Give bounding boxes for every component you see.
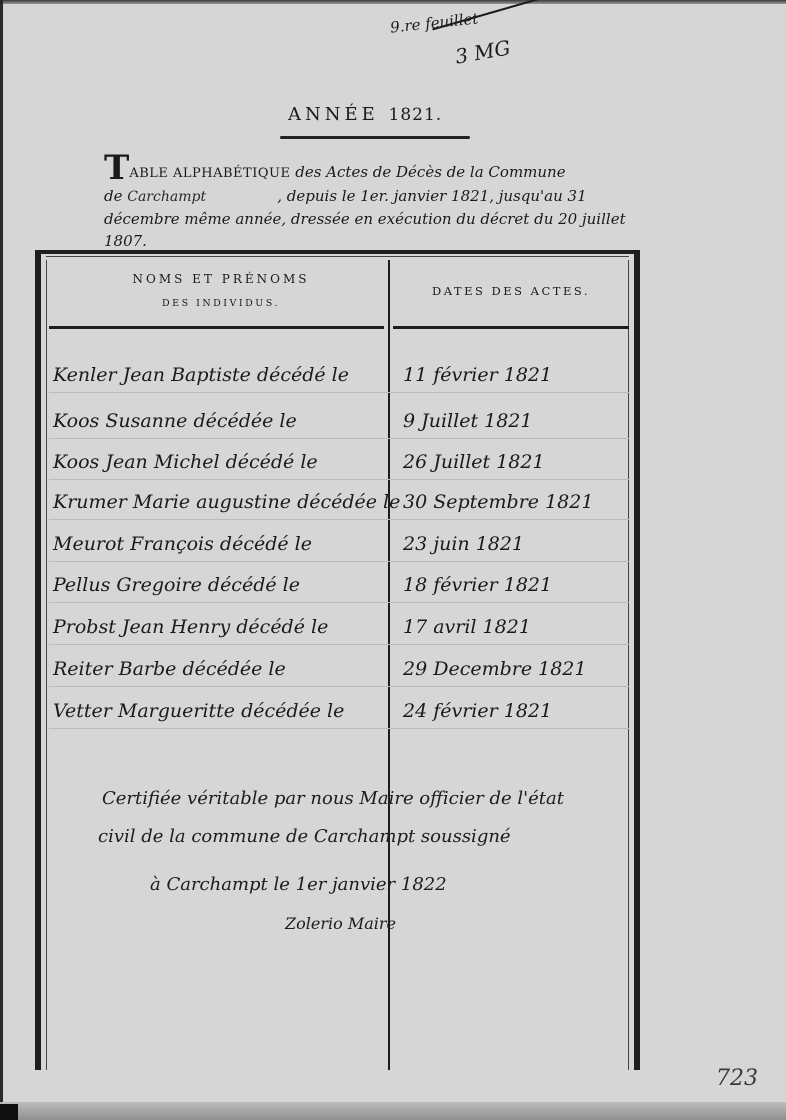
table-row: Meurot François décédé le 23 juin 1821 xyxy=(41,533,646,573)
act-date: 30 Septembre 1821 xyxy=(403,491,593,513)
drop-cap: T xyxy=(104,148,129,188)
person-name: Kenler Jean Baptiste décédé le xyxy=(53,364,349,386)
table-row: Vetter Margueritte décédée le 24 février… xyxy=(41,700,646,740)
table-row: Probst Jean Henry décédé le 17 avril 182… xyxy=(41,616,646,656)
person-name: Vetter Margueritte décédée le xyxy=(53,700,344,722)
death-records-table: NOMS ET PRÉNOMS DES INDIVIDUS. DATES DES… xyxy=(35,250,640,1070)
column-header-dates: DATES DES ACTES. xyxy=(393,284,629,298)
table-row: Krumer Marie augustine décédée le 30 Sep… xyxy=(41,491,646,531)
table-row: Kenler Jean Baptiste décédé le 11 févrie… xyxy=(41,364,646,404)
column-header-names-sub: DES INDIVIDUS. xyxy=(71,298,371,309)
person-name: Reiter Barbe décédée le xyxy=(53,658,286,680)
person-name: Probst Jean Henry décédé le xyxy=(53,616,328,638)
intro-line1: des Actes de Décès de la Commune xyxy=(290,163,565,181)
page-corner-shadow xyxy=(0,1104,18,1120)
certification-place-date: à Carchampt le 1er janvier 1822 xyxy=(150,874,447,895)
header-rule-right xyxy=(393,326,629,329)
person-name: Krumer Marie augustine décédée le xyxy=(53,491,400,513)
title-caps: ABLE ALPHABÉTIQUE xyxy=(129,166,290,181)
intro-line2-prefix: de xyxy=(104,187,127,205)
year-value: 1821. xyxy=(389,105,443,125)
table-row: Pellus Gregoire décédé le 18 février 182… xyxy=(41,574,646,614)
act-date: 24 février 1821 xyxy=(403,700,552,722)
act-date: 23 juin 1821 xyxy=(403,533,524,555)
person-name: Pellus Gregoire décédé le xyxy=(53,574,300,596)
intro-line3: décembre même année, dressée en exécutio… xyxy=(104,210,626,250)
page-left-edge xyxy=(0,0,3,1120)
mayor-signature: Zolerio Maire xyxy=(285,914,396,933)
person-name: Koos Susanne décédée le xyxy=(53,410,297,432)
intro-line2: , depuis le 1er. janvier 1821, jusqu'au … xyxy=(277,187,586,205)
table-row: Reiter Barbe décédée le 29 Decembre 1821 xyxy=(41,658,646,698)
header-rule-left xyxy=(49,326,384,329)
frame-inner-top xyxy=(46,256,629,257)
table-row: Koos Susanne décédée le 9 Juillet 1821 xyxy=(41,410,646,450)
person-name: Meurot François décédé le xyxy=(53,533,312,555)
heading-rule xyxy=(280,136,470,139)
folio-number: 723 xyxy=(716,1066,758,1091)
year-label: ANNÉE xyxy=(288,104,379,125)
certification-line-1: Certifiée véritable par nous Maire offic… xyxy=(102,788,564,809)
act-date: 29 Decembre 1821 xyxy=(403,658,586,680)
commune-name: Carchampt xyxy=(127,186,277,208)
table-intro-text: TABLE ALPHABÉTIQUE des Actes de Décès de… xyxy=(104,158,644,252)
column-header-names: NOMS ET PRÉNOMS xyxy=(71,272,371,286)
act-date: 18 février 1821 xyxy=(403,574,552,596)
certification-line-2: civil de la commune de Carchampt soussig… xyxy=(98,826,511,847)
year-heading: ANNÉE 1821. xyxy=(288,104,442,125)
act-date: 26 Juillet 1821 xyxy=(403,451,545,473)
act-date: 17 avril 1821 xyxy=(403,616,531,638)
person-name: Koos Jean Michel décédé le xyxy=(53,451,318,473)
page-top-edge xyxy=(0,0,786,4)
page-bottom-edge xyxy=(0,1102,786,1120)
act-date: 11 février 1821 xyxy=(403,364,552,386)
act-date: 9 Juillet 1821 xyxy=(403,410,532,432)
table-row: Koos Jean Michel décédé le 26 Juillet 18… xyxy=(41,451,646,491)
